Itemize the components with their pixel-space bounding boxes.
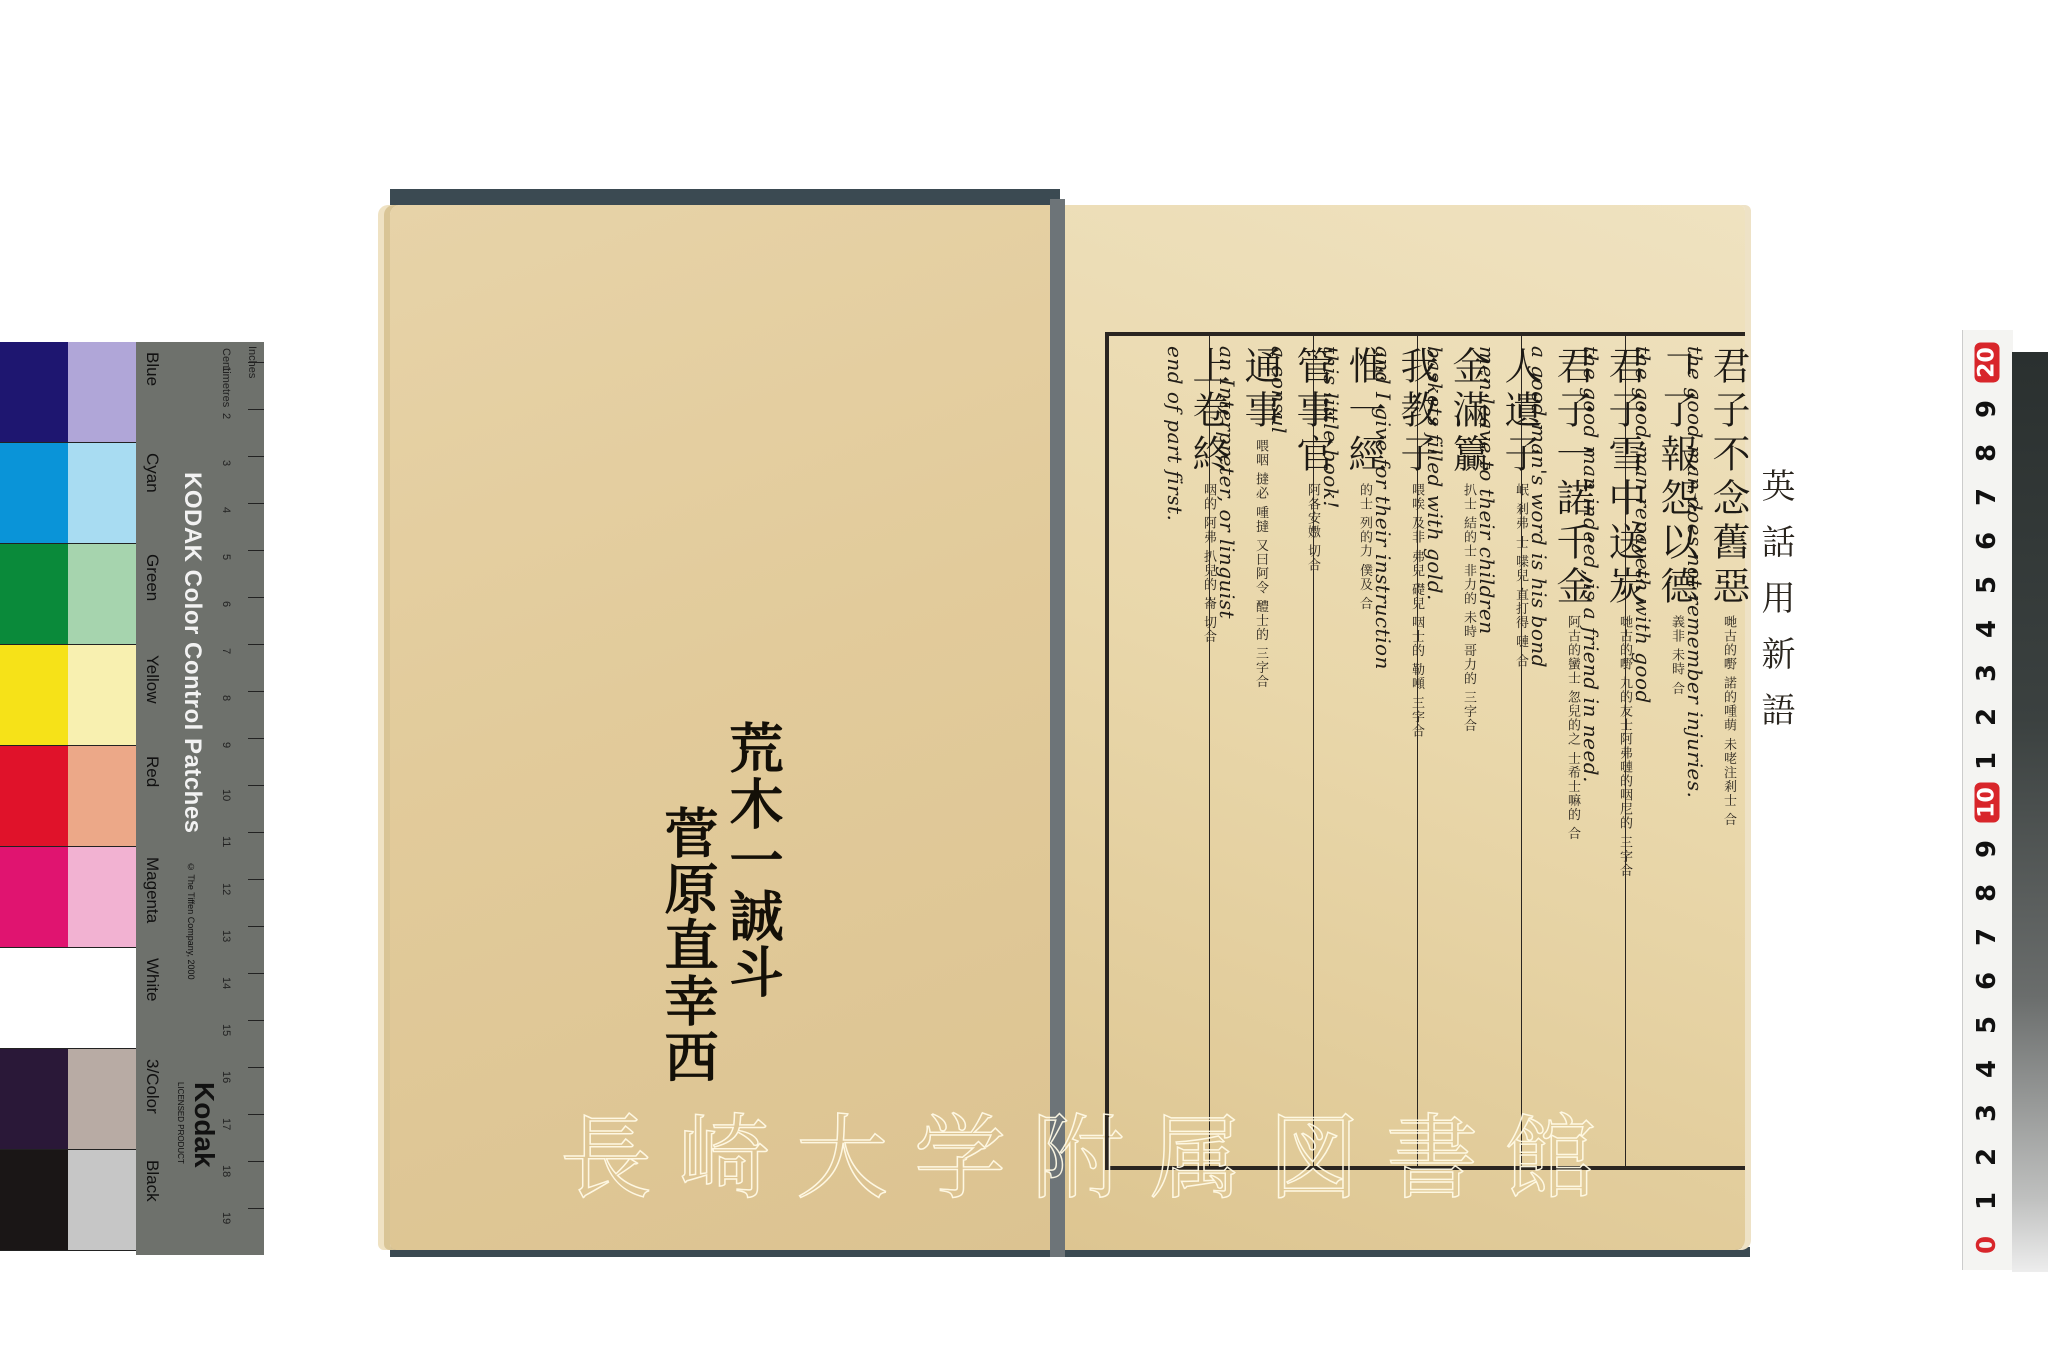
patch-3-color-light — [68, 1049, 136, 1150]
cm-number: 10 — [220, 789, 232, 801]
ruler-tick — [248, 926, 264, 927]
chinese-phrase: 上卷終 — [1186, 346, 1230, 478]
text-column: 人遺子 岷 剎弗 士 喋兒 直打得 嗹 合 — [1501, 346, 1539, 1156]
text-column: 管事官 阿各安嫐 切合 — [1293, 346, 1331, 1156]
cm-number: 15 — [220, 1024, 232, 1036]
pronunciation-gloss: 咽的 阿弗 扒兒的 崙 切合 — [1201, 478, 1216, 644]
tape-mark: 2 — [1972, 697, 2002, 737]
cm-number: 6 — [220, 601, 232, 607]
patch-black-dark — [0, 1150, 68, 1251]
ruler-tick — [248, 362, 264, 363]
tape-mark: 8 — [1972, 873, 2002, 913]
patch-3-color-dark — [0, 1049, 68, 1150]
ruler-tick — [248, 738, 264, 739]
patch-green-light — [68, 544, 136, 645]
patch-blue-dark — [0, 342, 68, 443]
patch-red-light — [68, 746, 136, 847]
tape-mark: 6 — [1972, 521, 2002, 561]
patch-label: Magenta — [142, 857, 162, 923]
patch-red-dark — [0, 746, 68, 847]
cm-number: 4 — [220, 507, 232, 513]
tape-mark: 3 — [1972, 653, 2002, 693]
ruler-tick — [248, 879, 264, 880]
tape-mark: 2 — [1972, 1137, 2002, 1177]
text-frame: 英話用新語 君子不念舊惡 哋古的嘢 諾的喠萌 未咾注剎士 合the good m… — [1105, 332, 1745, 1170]
chinese-phrase: 𠃍了報怨以德 — [1654, 346, 1698, 610]
kodak-color-chart: Centimetres Inches KODAK Color Control P… — [0, 342, 268, 1255]
tape-mark: 20 — [1975, 343, 2000, 383]
text-column: 君子不念舊惡 哋古的嘢 諾的喠萌 未咾注剎士 合 — [1709, 346, 1747, 1156]
pronunciation-gloss: 哋古的嘢 諾的喠萌 未咾注剎士 合 — [1721, 610, 1736, 827]
cm-number: 9 — [220, 742, 232, 748]
ruler-tick — [248, 550, 264, 551]
chinese-phrase: 君子一諾千金 — [1550, 346, 1594, 610]
ruler-tick — [248, 1067, 264, 1068]
tape-mark: 1 — [1972, 741, 2002, 781]
ruler-tick — [248, 644, 264, 645]
tape-mark: 4 — [1972, 609, 2002, 649]
ruler-tick — [248, 1208, 264, 1209]
chinese-phrase: 金滿籯 — [1446, 346, 1490, 478]
english-translation: end of part first. — [1163, 346, 1187, 1156]
ruler-tick — [248, 456, 264, 457]
cm-number: 17 — [220, 1118, 232, 1130]
handwritten-inscription-2: 菅原直幸西 — [650, 805, 727, 1085]
tape-mark: 9 — [1972, 829, 2002, 869]
chinese-phrase: 君子不念舊惡 — [1706, 346, 1750, 610]
tape-mark: 1 — [1972, 1181, 2002, 1221]
cm-number: 8 — [220, 695, 232, 701]
kodak-gray-strip: Centimetres Inches KODAK Color Control P… — [136, 342, 264, 1255]
patch-black-light — [68, 1150, 136, 1251]
pronunciation-gloss: 阿各安嫐 切合 — [1305, 478, 1320, 572]
chinese-phrase: 君子雪中送炭 — [1602, 346, 1646, 610]
pronunciation-gloss: 的士 列的力 僕及 合 — [1357, 478, 1372, 611]
ruler-tick — [248, 409, 264, 410]
cm-number: 19 — [220, 1212, 232, 1224]
pronunciation-gloss: 義非 未時 合 — [1669, 610, 1684, 695]
tape-measure: 01234567891012345678920 — [1962, 330, 2013, 1270]
pronunciation-gloss: 哋古的嘢 九的友士阿弗嗹的咽尼的 三字合 — [1617, 610, 1632, 877]
text-column: 我教子 喂唉 及非 弗兒 礎兒 咽士的 勒噸 三字合 — [1397, 346, 1435, 1156]
chinese-phrase: 人遺子 — [1498, 346, 1542, 478]
text-column: 通事 喂咽 撻必 喠撻 又曰阿令 醴士的 三字合 — [1241, 346, 1279, 1156]
ruler-tick — [248, 1020, 264, 1021]
text-column: 上卷終 咽的 阿弗 扒兒的 崙 切合 — [1189, 346, 1227, 1156]
cm-number: 7 — [220, 648, 232, 654]
cm-number: 5 — [220, 554, 232, 560]
tape-mark: 7 — [1972, 477, 2002, 517]
dark-patch-column — [0, 342, 68, 1251]
margin-title: 英話用新語 — [1751, 468, 1800, 748]
chinese-phrase: 惟一經 — [1342, 346, 1386, 478]
patch-cyan-dark — [0, 443, 68, 544]
patch-label: Green — [142, 554, 162, 601]
ruler-tick — [248, 503, 264, 504]
patch-yellow-dark — [0, 645, 68, 746]
text-column: 金滿籯 扒士 結的士 非力的 未時 哥力的 三字合 — [1449, 346, 1487, 1156]
library-watermark: 長崎大学附属図書館 — [560, 1085, 1622, 1217]
tape-mark: 6 — [1972, 961, 2002, 1001]
patch-white-light — [68, 948, 136, 1049]
chinese-phrase: 我教子 — [1394, 346, 1438, 478]
chinese-phrase: 通事 — [1238, 346, 1282, 434]
gray-scale-strip — [2012, 352, 2048, 1272]
cm-number: 3 — [220, 460, 232, 466]
cm-number: 18 — [220, 1165, 232, 1177]
pronunciation-gloss: 喂唉 及非 弗兒 礎兒 咽士的 勒噸 三字合 — [1409, 478, 1424, 738]
ruler-tick — [248, 832, 264, 833]
cm-number: 2 — [220, 413, 232, 419]
cm-number: 12 — [220, 883, 232, 895]
copyright-text: © The Tiffen Company, 2000 — [186, 862, 196, 980]
patch-green-dark — [0, 544, 68, 645]
patch-label: Red — [142, 756, 162, 787]
patch-blue-light — [68, 342, 136, 443]
tape-mark: 7 — [1972, 917, 2002, 957]
open-book: 荒木一誠斗 菅原直幸西 英話用新語 君子不念舊惡 哋古的嘢 諾的喠萌 未咾注剎士… — [370, 185, 1760, 1275]
cm-number: 11 — [220, 836, 232, 847]
cm-number: 13 — [220, 930, 232, 942]
tape-mark: 8 — [1972, 433, 2002, 473]
cover-top-edge — [390, 189, 1060, 205]
tape-mark: 4 — [1972, 1049, 2002, 1089]
text-column: 𠃍了報怨以德 義非 未時 合 — [1657, 346, 1695, 1156]
text-column: 君子一諾千金 阿古的蠻士 忽兒的之 士希士嘛的 合 — [1553, 346, 1591, 1156]
tape-mark: 5 — [1972, 1005, 2002, 1045]
patch-magenta-light — [68, 847, 136, 948]
light-patch-column — [68, 342, 136, 1251]
patch-label: Black — [142, 1160, 162, 1202]
pronunciation-gloss: 阿古的蠻士 忽兒的之 士希士嘛的 合 — [1565, 610, 1580, 841]
patch-label: White — [142, 958, 162, 1001]
pronunciation-gloss: 喂咽 撻必 喠撻 又曰阿令 醴士的 三字合 — [1253, 434, 1268, 689]
tape-mark: 5 — [1972, 565, 2002, 605]
patch-label: 3/Color — [142, 1059, 162, 1114]
tape-mark: 9 — [1972, 389, 2002, 429]
ruler-tick — [248, 785, 264, 786]
patch-cyan-light — [68, 443, 136, 544]
ruler-tick — [248, 973, 264, 974]
tape-mark: 10 — [1975, 783, 2000, 823]
kodak-logo: Kodak — [188, 1082, 220, 1168]
text-column: 惟一經 的士 列的力 僕及 合 — [1345, 346, 1383, 1156]
patch-white-dark — [0, 948, 68, 1049]
chinese-phrase: 管事官 — [1290, 346, 1334, 478]
patch-magenta-dark — [0, 847, 68, 948]
centimetres-label: Centimetres — [220, 348, 232, 407]
patch-label: Yellow — [142, 655, 162, 704]
cm-number: 16 — [220, 1071, 232, 1083]
ruler-tick — [248, 597, 264, 598]
pronunciation-gloss: 岷 剎弗 士 喋兒 直打得 嗹 合 — [1513, 478, 1528, 668]
chart-title: KODAK Color Control Patches — [178, 472, 206, 834]
ruler-tick — [248, 1161, 264, 1162]
patch-label: Cyan — [142, 453, 162, 493]
cm-number: 1 — [220, 366, 232, 372]
cm-number: 14 — [220, 977, 232, 989]
licensed-product-text: LICENSED PRODUCT — [176, 1082, 185, 1164]
pronunciation-gloss: 扒士 結的士 非力的 未時 哥力的 三字合 — [1461, 478, 1476, 733]
tape-mark: 3 — [1972, 1093, 2002, 1133]
tape-mark: 0 — [1972, 1225, 2002, 1265]
patch-label: Blue — [142, 352, 162, 386]
patch-yellow-light — [68, 645, 136, 746]
ruler-tick — [248, 1114, 264, 1115]
text-column: 君子雪中送炭 哋古的嘢 九的友士阿弗嗹的咽尼的 三字合 — [1605, 346, 1643, 1156]
ruler-tick — [248, 691, 264, 692]
